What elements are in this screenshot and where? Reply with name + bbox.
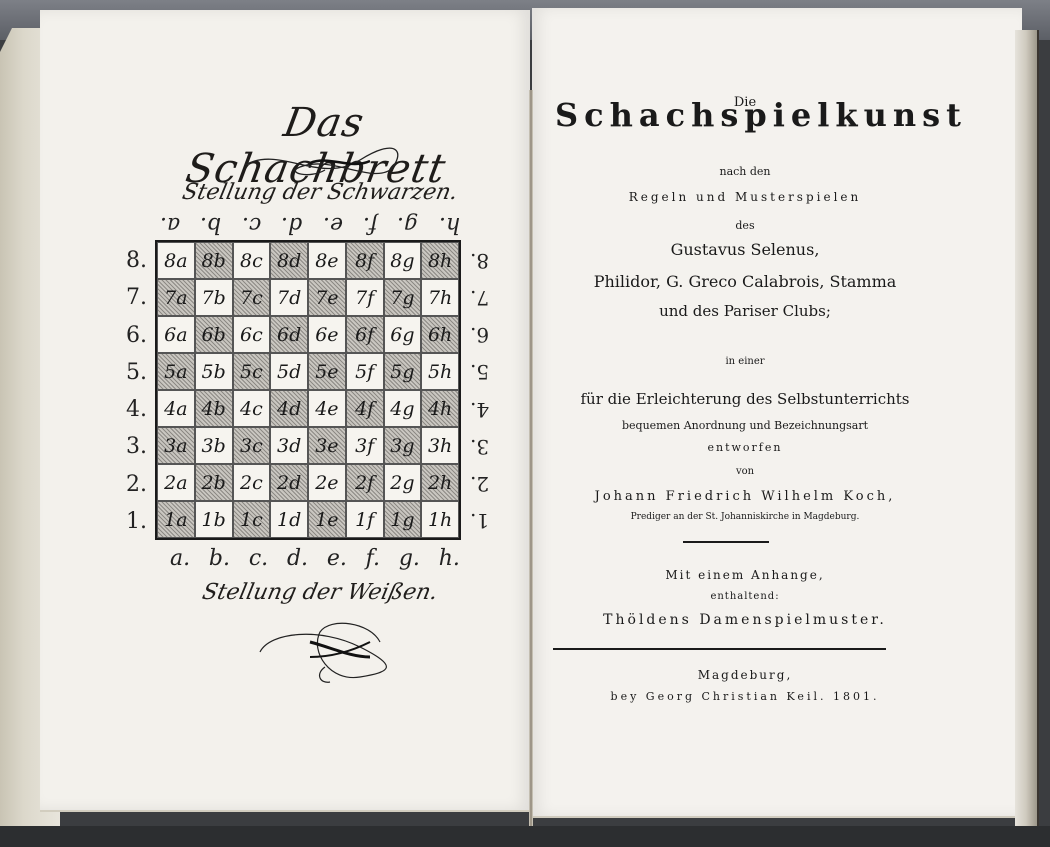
board-square: 2a bbox=[157, 464, 195, 501]
file-label: a. bbox=[170, 546, 190, 571]
board-square: 1e bbox=[308, 501, 346, 538]
board-square: 8d bbox=[270, 242, 308, 279]
subtitle-line: Gustavus Selenus, bbox=[555, 240, 935, 259]
board-square: 6c bbox=[233, 316, 271, 353]
board-square: 2h bbox=[421, 464, 459, 501]
board-square: 3b bbox=[195, 427, 233, 464]
board-square: 7a bbox=[157, 279, 195, 316]
file-label: c. bbox=[249, 546, 268, 571]
board-square: 3g bbox=[384, 427, 422, 464]
file-label: e. bbox=[327, 546, 347, 571]
board-square: 7f bbox=[346, 279, 384, 316]
file-label: h. bbox=[439, 212, 460, 237]
files-bottom: a. b. c. d. e. f. g. h. bbox=[170, 546, 460, 571]
file-label: c. bbox=[242, 212, 261, 237]
rank-label: 1. bbox=[126, 509, 147, 534]
author-name: Johann Friedrich Wilhelm Koch, bbox=[555, 489, 935, 504]
rank-label: 5. bbox=[126, 360, 147, 385]
file-label: b. bbox=[209, 546, 230, 571]
open-book: Das Schachbrett Stellung der Schwarzen. … bbox=[0, 0, 1050, 847]
board-square: 2g bbox=[384, 464, 422, 501]
board-square: 8e bbox=[308, 242, 346, 279]
board-square: 6f bbox=[346, 316, 384, 353]
rank-label: 2. bbox=[470, 472, 489, 496]
board-square: 2b bbox=[195, 464, 233, 501]
board-square: 4d bbox=[270, 390, 308, 427]
board-square: 2d bbox=[270, 464, 308, 501]
file-label: d. bbox=[287, 546, 308, 571]
file-label: b. bbox=[200, 212, 221, 237]
subtitle-line: von bbox=[555, 466, 935, 477]
board-square: 6b bbox=[195, 316, 233, 353]
ranks-left: 8. 7. 6. 5. 4. 3. 2. 1. bbox=[126, 242, 147, 540]
right-page-stack bbox=[1015, 30, 1039, 830]
board-square: 5c bbox=[233, 353, 271, 390]
book-title: Schachspielkunst bbox=[555, 96, 935, 134]
file-label: f. bbox=[363, 212, 377, 237]
board-square: 1h bbox=[421, 501, 459, 538]
appendix-line: Mit einem Anhange, bbox=[555, 568, 935, 582]
file-label: f. bbox=[366, 546, 380, 571]
appendix-line: enthaltend: bbox=[555, 591, 935, 602]
rank-label: 6. bbox=[470, 323, 489, 347]
board-square: 8g bbox=[384, 242, 422, 279]
board-square: 3f bbox=[346, 427, 384, 464]
board-square: 5h bbox=[421, 353, 459, 390]
subtitle-line: Regeln und Musterspielen bbox=[555, 190, 935, 204]
short-rule bbox=[683, 541, 769, 543]
board-square: 5a bbox=[157, 353, 195, 390]
board-square: 6h bbox=[421, 316, 459, 353]
subtitle-line: Philidor, G. Greco Calabrois, Stamma bbox=[555, 272, 935, 291]
rank-label: 7. bbox=[470, 286, 489, 310]
board-square: 8c bbox=[233, 242, 271, 279]
long-rule bbox=[553, 648, 886, 650]
book-gutter bbox=[529, 90, 533, 830]
board-square: 4b bbox=[195, 390, 233, 427]
board-square: 8h bbox=[421, 242, 459, 279]
board-square: 1d bbox=[270, 501, 308, 538]
ranks-right: 8. 7. 6. 5. 4. 3. 2. 1. bbox=[470, 242, 489, 540]
imprint-publisher: bey Georg Christian Keil. 1801. bbox=[555, 690, 935, 703]
board-square: 1g bbox=[384, 501, 422, 538]
board-square: 4c bbox=[233, 390, 271, 427]
white-position-caption: Stellung der Weißen. bbox=[157, 580, 482, 605]
board-square: 8f bbox=[346, 242, 384, 279]
file-label: a. bbox=[160, 212, 180, 237]
subtitle-line: nach den bbox=[555, 165, 935, 178]
board-square: 5b bbox=[195, 353, 233, 390]
board-square: 4e bbox=[308, 390, 346, 427]
board-square: 1f bbox=[346, 501, 384, 538]
board-square: 3c bbox=[233, 427, 271, 464]
board-square: 4a bbox=[157, 390, 195, 427]
rank-label: 2. bbox=[126, 472, 147, 497]
flourish-bottom-icon bbox=[250, 612, 400, 692]
file-label: g. bbox=[397, 212, 418, 237]
rank-label: 4. bbox=[470, 398, 489, 422]
board-square: 5g bbox=[384, 353, 422, 390]
board-square: 2f bbox=[346, 464, 384, 501]
board-square: 7e bbox=[308, 279, 346, 316]
board-square: 7d bbox=[270, 279, 308, 316]
flourish-top-icon bbox=[240, 145, 410, 185]
author-role: Prediger an der St. Johanniskirche in Ma… bbox=[555, 512, 935, 522]
subtitle-line: des bbox=[555, 219, 935, 232]
board-square: 8b bbox=[195, 242, 233, 279]
board-square: 3h bbox=[421, 427, 459, 464]
subtitle-line: bequemen Anordnung und Bezeichnungsart bbox=[555, 419, 935, 432]
board-square: 6e bbox=[308, 316, 346, 353]
file-label: e. bbox=[323, 212, 343, 237]
board-square: 7b bbox=[195, 279, 233, 316]
board-square: 8a bbox=[157, 242, 195, 279]
rank-label: 3. bbox=[470, 435, 489, 459]
board-square: 7g bbox=[384, 279, 422, 316]
board-square: 2c bbox=[233, 464, 271, 501]
rank-label: 7. bbox=[126, 285, 147, 310]
rank-label: 1. bbox=[470, 509, 489, 533]
rank-label: 5. bbox=[470, 360, 489, 384]
board-square: 2e bbox=[308, 464, 346, 501]
rank-label: 3. bbox=[126, 434, 147, 459]
rank-label: 4. bbox=[126, 397, 147, 422]
rank-label: 8. bbox=[126, 248, 147, 273]
board-square: 6d bbox=[270, 316, 308, 353]
board-square: 4g bbox=[384, 390, 422, 427]
board-square: 1a bbox=[157, 501, 195, 538]
board-square: 3e bbox=[308, 427, 346, 464]
board-square: 3d bbox=[270, 427, 308, 464]
board-square: 5f bbox=[346, 353, 384, 390]
rank-label: 6. bbox=[126, 323, 147, 348]
imprint-place: Magdeburg, bbox=[555, 668, 935, 682]
background-bottom bbox=[0, 826, 1050, 847]
black-position-caption: Stellung der Schwarzen. bbox=[157, 180, 482, 205]
board-square: 1c bbox=[233, 501, 271, 538]
board-square: 7c bbox=[233, 279, 271, 316]
subtitle-line: und des Pariser Clubs; bbox=[555, 302, 935, 320]
chessboard: 8a8b8c8d8e8f8g8h7a7b7c7d7e7f7g7h6a6b6c6d… bbox=[155, 240, 461, 540]
appendix-title: Thöldens Damenspielmuster. bbox=[555, 612, 935, 628]
board-square: 6a bbox=[157, 316, 195, 353]
board-square: 4h bbox=[421, 390, 459, 427]
subtitle-line: für die Erleichterung des Selbstunterric… bbox=[555, 390, 935, 408]
board-square: 1b bbox=[195, 501, 233, 538]
board-square: 6g bbox=[384, 316, 422, 353]
subtitle-line: entworfen bbox=[555, 441, 935, 454]
subtitle-line: in einer bbox=[555, 356, 935, 367]
file-label: g. bbox=[399, 546, 420, 571]
board-square: 5e bbox=[308, 353, 346, 390]
board-square: 4f bbox=[346, 390, 384, 427]
board-square: 7h bbox=[421, 279, 459, 316]
board-square: 3a bbox=[157, 427, 195, 464]
board-square: 5d bbox=[270, 353, 308, 390]
files-top: a. b. c. d. e. f. g. h. bbox=[160, 212, 460, 237]
rank-label: 8. bbox=[470, 249, 489, 273]
file-label: d. bbox=[281, 212, 302, 237]
file-label: h. bbox=[439, 546, 460, 571]
